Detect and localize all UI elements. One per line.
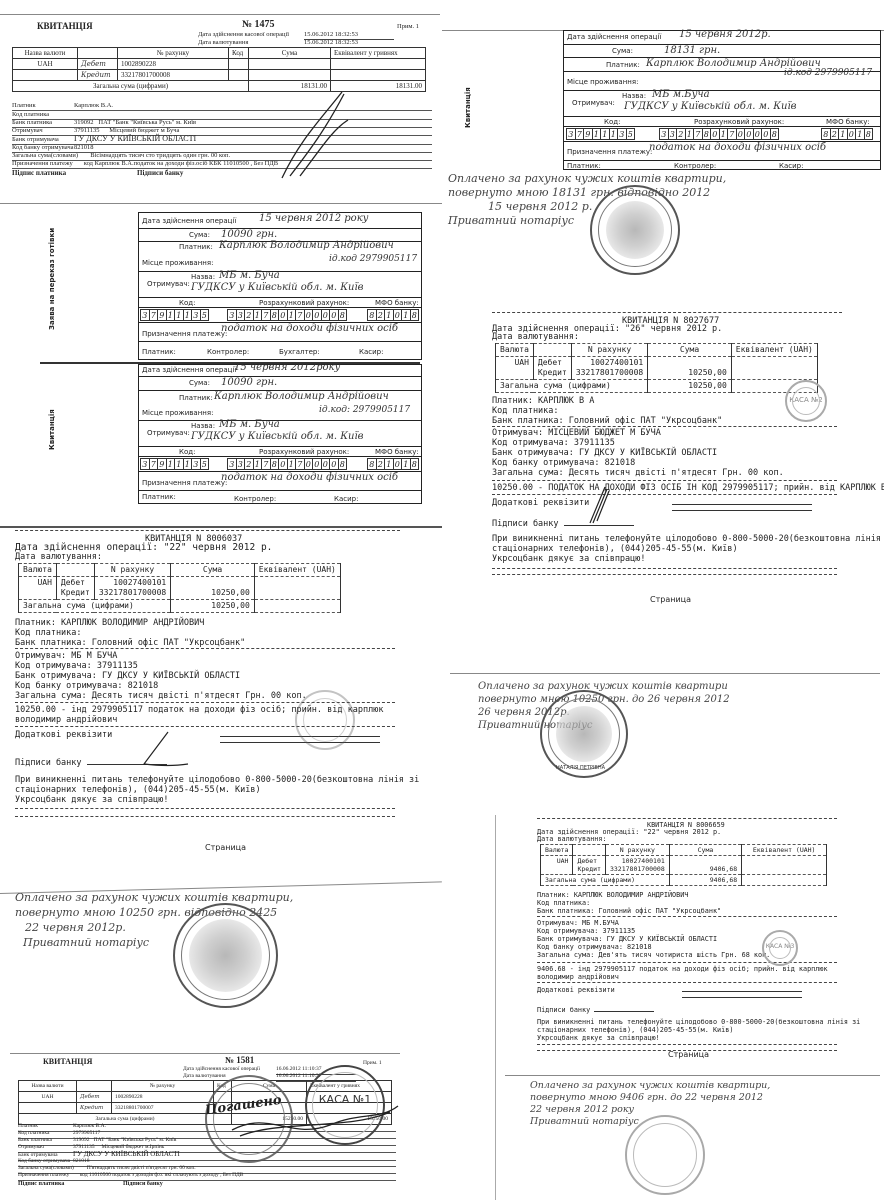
digit-cell: 5 (200, 458, 210, 470)
digit-cell: 5 (626, 128, 636, 140)
receipt-table: ВалютаN рахункуСумаЕквівалент (UAH)UAHДе… (18, 563, 341, 613)
digit-cell: 8 (338, 309, 348, 321)
receipt-table: ВалютаN рахункуСумаЕквівалент (UAH)UAHДе… (495, 343, 818, 393)
receipt-number: № 1475 (242, 20, 275, 29)
signature-icon (140, 730, 190, 770)
receipt-table: Назва валюти№ рахункуКодСумаЕквівалент у… (12, 47, 426, 92)
account-digits: 33217801700008 (659, 128, 778, 140)
kasa-stamp: КАСА №3 (762, 930, 798, 966)
digit-cell: 8 (410, 458, 420, 470)
form-cash-transfer-application: Дата здійснення операції15 червня 2012 р… (138, 212, 422, 360)
digit-cell: 8 (864, 128, 874, 140)
receipt-number: № 1581 (225, 1056, 254, 1065)
signature-icon (230, 1100, 400, 1140)
digit-cell: 8 (410, 309, 420, 321)
digit-cell: 8 (338, 458, 348, 470)
notary-stamp (173, 903, 278, 1008)
signature-icon (585, 485, 615, 525)
notary-stamp (590, 185, 680, 275)
notary-note-top-right: Оплачено за рахунок чужих коштів квартир… (448, 172, 726, 228)
payment-purpose: 10250.00 - ПОДАТОК НА ДОХОДИ ФІЗ ОСІБ ІН… (492, 483, 884, 493)
copy-label: Прим. 1 (397, 22, 419, 31)
digit-cell: 5 (200, 309, 210, 321)
kasa-stamp: КАСА №2 (785, 380, 827, 422)
signature-icon (270, 90, 350, 180)
digit-cell: 8 (770, 128, 780, 140)
receipt-title: КВИТАНЦІЯ (37, 22, 93, 31)
mfo-digits: 821018 (821, 128, 872, 140)
receipt-1475: КВИТАНЦІЯ № 1475 Прим. 1 Дата здійснення… (12, 18, 432, 158)
form-top-right: Дата здійснення операції15 червня 2012р.… (563, 30, 881, 170)
notary-stamp-faded (295, 690, 355, 750)
notary-stamp (625, 1115, 705, 1195)
payer: Карплюк В.А. (74, 102, 113, 109)
receipt-table: ВалютаN рахункуСумаЕквівалент (UAH)UAHДе… (540, 844, 827, 886)
form-cash-receipt: Дата здійснення операції15 червня 2012ро… (138, 364, 422, 504)
code-digits: 37911135 (566, 128, 634, 140)
